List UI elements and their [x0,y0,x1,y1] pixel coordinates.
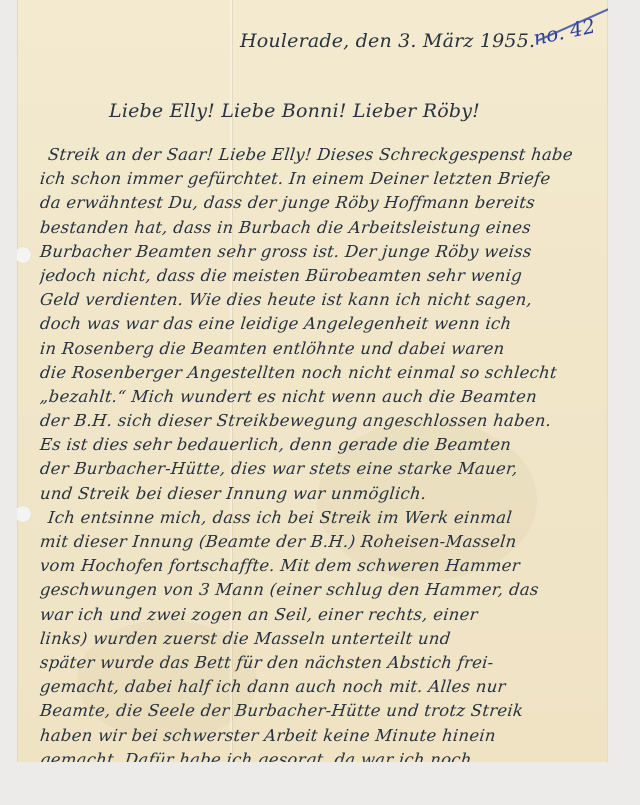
letter-paper: Houlerade, den 3. März 1955. no. 42 Lieb… [17,0,608,762]
body-line: Burbacher Beamten sehr gross ist. Der ju… [39,240,602,264]
body-line: ich schon immer gefürchtet. In einem Dei… [39,167,602,191]
body-line: haben wir bei schwerster Arbeit keine Mi… [39,724,602,748]
body-line: geschwungen von 3 Mann (einer schlug den… [39,578,602,602]
body-line: Beamte, die Seele der Burbacher-Hütte un… [39,699,602,723]
place-date-line: Houlerade, den 3. März 1955. [240,30,535,52]
scanned-letter-page: Houlerade, den 3. März 1955. no. 42 Lieb… [0,0,640,805]
punch-hole [17,506,31,522]
body-line: der B.H. sich dieser Streikbewegung ange… [39,409,602,433]
body-line: „bezahlt.“ Mich wundert es nicht wenn au… [39,385,602,409]
body-line: vom Hochofen fortschaffte. Mit dem schwe… [39,554,602,578]
body-line: Streik an der Saar! Liebe Elly! Dieses S… [39,143,602,167]
punch-hole [17,247,31,263]
salutation: Liebe Elly! Liebe Bonni! Lieber Röby! [109,100,480,122]
body-line: gemacht. Dafür habe ich gesorgt, da war … [39,748,602,762]
body-line: die Rosenberger Angestellten noch nicht … [39,361,602,385]
body-line: doch was war das eine leidige Angelegenh… [39,312,602,336]
body-line: links) wurden zuerst die Masseln unterte… [39,627,602,651]
body-line: und Streik bei dieser Innung war unmögli… [39,482,602,506]
body-line: Geld verdienten. Wie dies heute ist kann… [39,288,602,312]
body-line: gemacht, dabei half ich dann auch noch m… [39,675,602,699]
body-line: jedoch nicht, dass die meisten Bürobeamt… [39,264,602,288]
body-line: Es ist dies sehr bedauerlich, denn gerad… [39,433,602,457]
letter-body: Streik an der Saar! Liebe Elly! Dieses S… [40,143,600,762]
body-line: später wurde das Bett für den nächsten A… [39,651,602,675]
body-line: war ich und zwei zogen an Seil, einer re… [39,603,602,627]
body-line: mit dieser Innung (Beamte der B.H.) Rohe… [39,530,602,554]
body-line: Ich entsinne mich, dass ich bei Streik i… [39,506,602,530]
body-line: bestanden hat, dass in Burbach die Arbei… [39,216,602,240]
body-line: da erwähntest Du, dass der junge Röby Ho… [39,191,602,215]
body-line: in Rosenberg die Beamten entlöhnte und d… [39,337,602,361]
body-line: der Burbacher-Hütte, dies war stets eine… [39,457,602,481]
